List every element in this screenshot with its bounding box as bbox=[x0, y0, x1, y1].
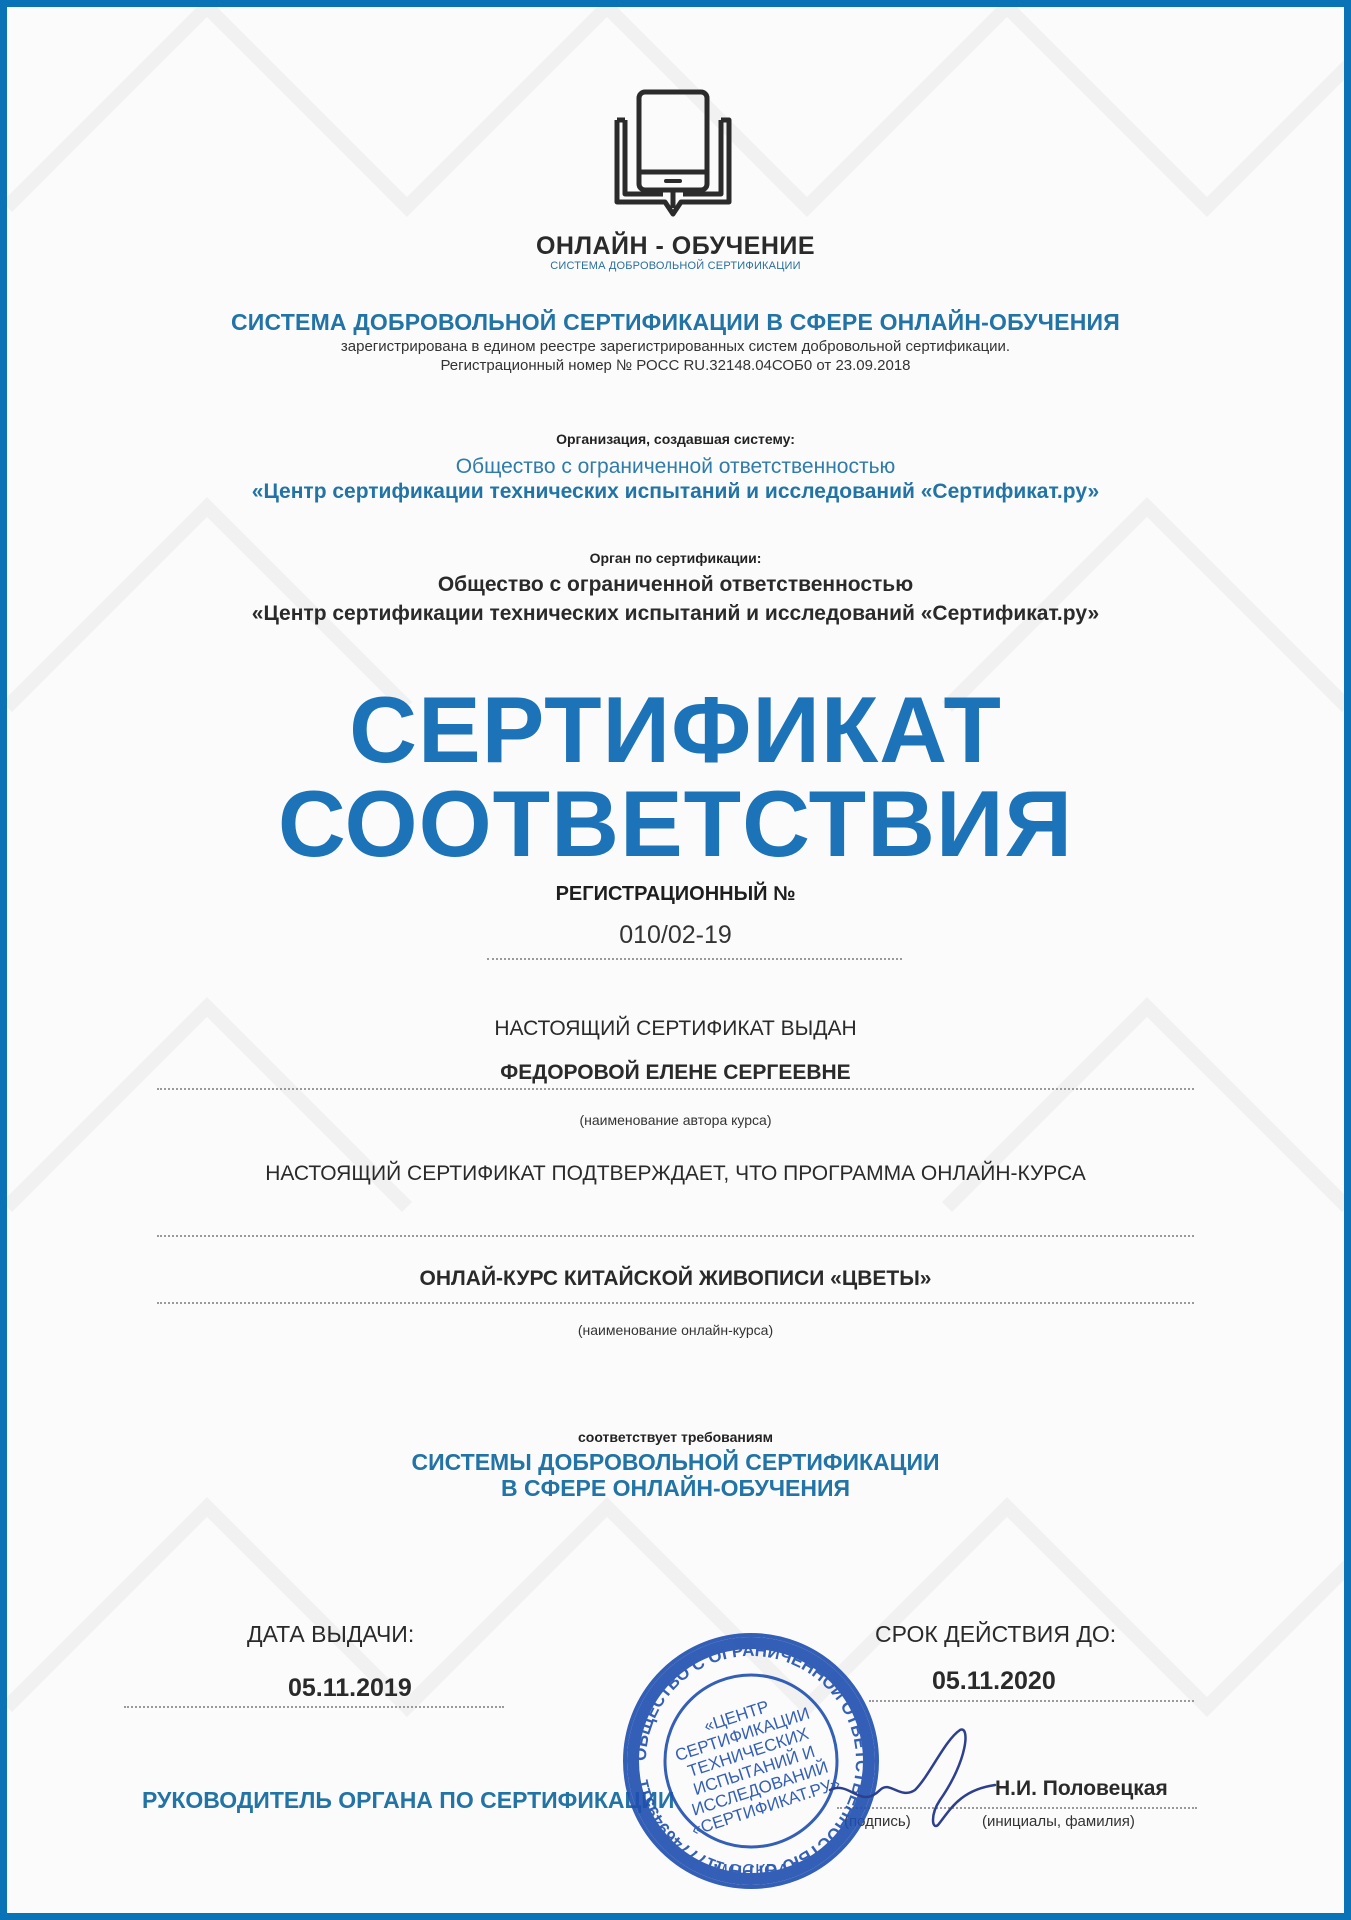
course-name: ОНЛАЙ-КУРС КИТАЙСКОЙ ЖИВОПИСИ «ЦВЕТЫ» bbox=[7, 1267, 1344, 1291]
issued-to-label: НАСТОЯЩИЙ СЕРТИФИКАТ ВЫДАН bbox=[7, 1017, 1344, 1041]
complies-system-line2: В СФЕРЕ ОНЛАЙН-ОБУЧЕНИЯ bbox=[7, 1475, 1344, 1502]
tablet-book-icon bbox=[603, 80, 743, 220]
background-pattern bbox=[7, 7, 1344, 1913]
system-registry-line: зарегистрирована в едином реестре зареги… bbox=[7, 338, 1344, 355]
recipient-caption: (наименование автора курса) bbox=[7, 1112, 1344, 1128]
certificate-title-line1: СЕРТИФИКАТ bbox=[7, 683, 1344, 777]
registration-number-label: РЕГИСТРАЦИОННЫЙ № bbox=[7, 883, 1344, 906]
svg-text:МОСКВА: МОСКВА bbox=[713, 1861, 789, 1881]
cert-body-line2: «Центр сертификации технических испытани… bbox=[7, 602, 1344, 626]
confirms-label: НАСТОЯЩИЙ СЕРТИФИКАТ ПОДТВЕРЖДАЕТ, ЧТО П… bbox=[7, 1162, 1344, 1186]
registration-number-underline bbox=[487, 958, 902, 960]
valid-until-date: 05.11.2020 bbox=[932, 1667, 1056, 1696]
signatory-name: Н.И. Половецкая bbox=[995, 1777, 1168, 1801]
issue-date-label: ДАТА ВЫДАЧИ: bbox=[247, 1621, 414, 1648]
complies-system-line1: СИСТЕМЫ ДОБРОВОЛЬНОЙ СЕРТИФИКАЦИИ bbox=[7, 1449, 1344, 1476]
course-caption: (наименование онлайн-курса) bbox=[7, 1322, 1344, 1338]
creator-org-line2: «Центр сертификации технических испытани… bbox=[7, 480, 1344, 504]
creator-org-line1: Общество с ограниченной ответственностью bbox=[7, 455, 1344, 479]
logo-subtitle: СИСТЕМА ДОБРОВОЛЬНОЙ СЕРТИФИКАЦИИ bbox=[7, 260, 1344, 272]
course-underline bbox=[157, 1302, 1194, 1304]
course-top-line bbox=[157, 1235, 1194, 1237]
signatory-role: РУКОВОДИТЕЛЬ ОРГАНА ПО СЕРТИФИКАЦИИ bbox=[142, 1787, 674, 1814]
issue-date: 05.11.2019 bbox=[288, 1674, 412, 1703]
cert-body-label: Орган по сертификации: bbox=[7, 550, 1344, 566]
recipient-underline bbox=[157, 1088, 1194, 1090]
recipient-name: ФЕДОРОВОЙ ЕЛЕНЕ СЕРГЕЕВНЕ bbox=[7, 1061, 1344, 1085]
certificate-title-line2: СООТВЕТСТВИЯ bbox=[7, 777, 1344, 871]
valid-until-label: СРОК ДЕЙСТВИЯ ДО: bbox=[875, 1621, 1116, 1648]
signature-icon bbox=[820, 1720, 1000, 1840]
cert-body-line1: Общество с ограниченной ответственностью bbox=[7, 573, 1344, 597]
system-registration-number: Регистрационный номер № РОСС RU.32148.04… bbox=[7, 357, 1344, 374]
creator-org-label: Организация, создавшая систему: bbox=[7, 431, 1344, 447]
valid-until-underline bbox=[869, 1700, 1194, 1702]
name-caption: (инициалы, фамилия) bbox=[982, 1813, 1135, 1830]
complies-label: соответствует требованиям bbox=[7, 1429, 1344, 1445]
system-title: СИСТЕМА ДОБРОВОЛЬНОЙ СЕРТИФИКАЦИИ В СФЕР… bbox=[7, 309, 1344, 336]
certificate-sheet: ОНЛАЙН - ОБУЧЕНИЕ СИСТЕМА ДОБРОВОЛЬНОЙ С… bbox=[7, 7, 1344, 1913]
issue-date-underline bbox=[124, 1706, 504, 1708]
registration-number: 010/02-19 bbox=[7, 921, 1344, 950]
logo-title: ОНЛАЙН - ОБУЧЕНИЕ bbox=[7, 232, 1344, 261]
